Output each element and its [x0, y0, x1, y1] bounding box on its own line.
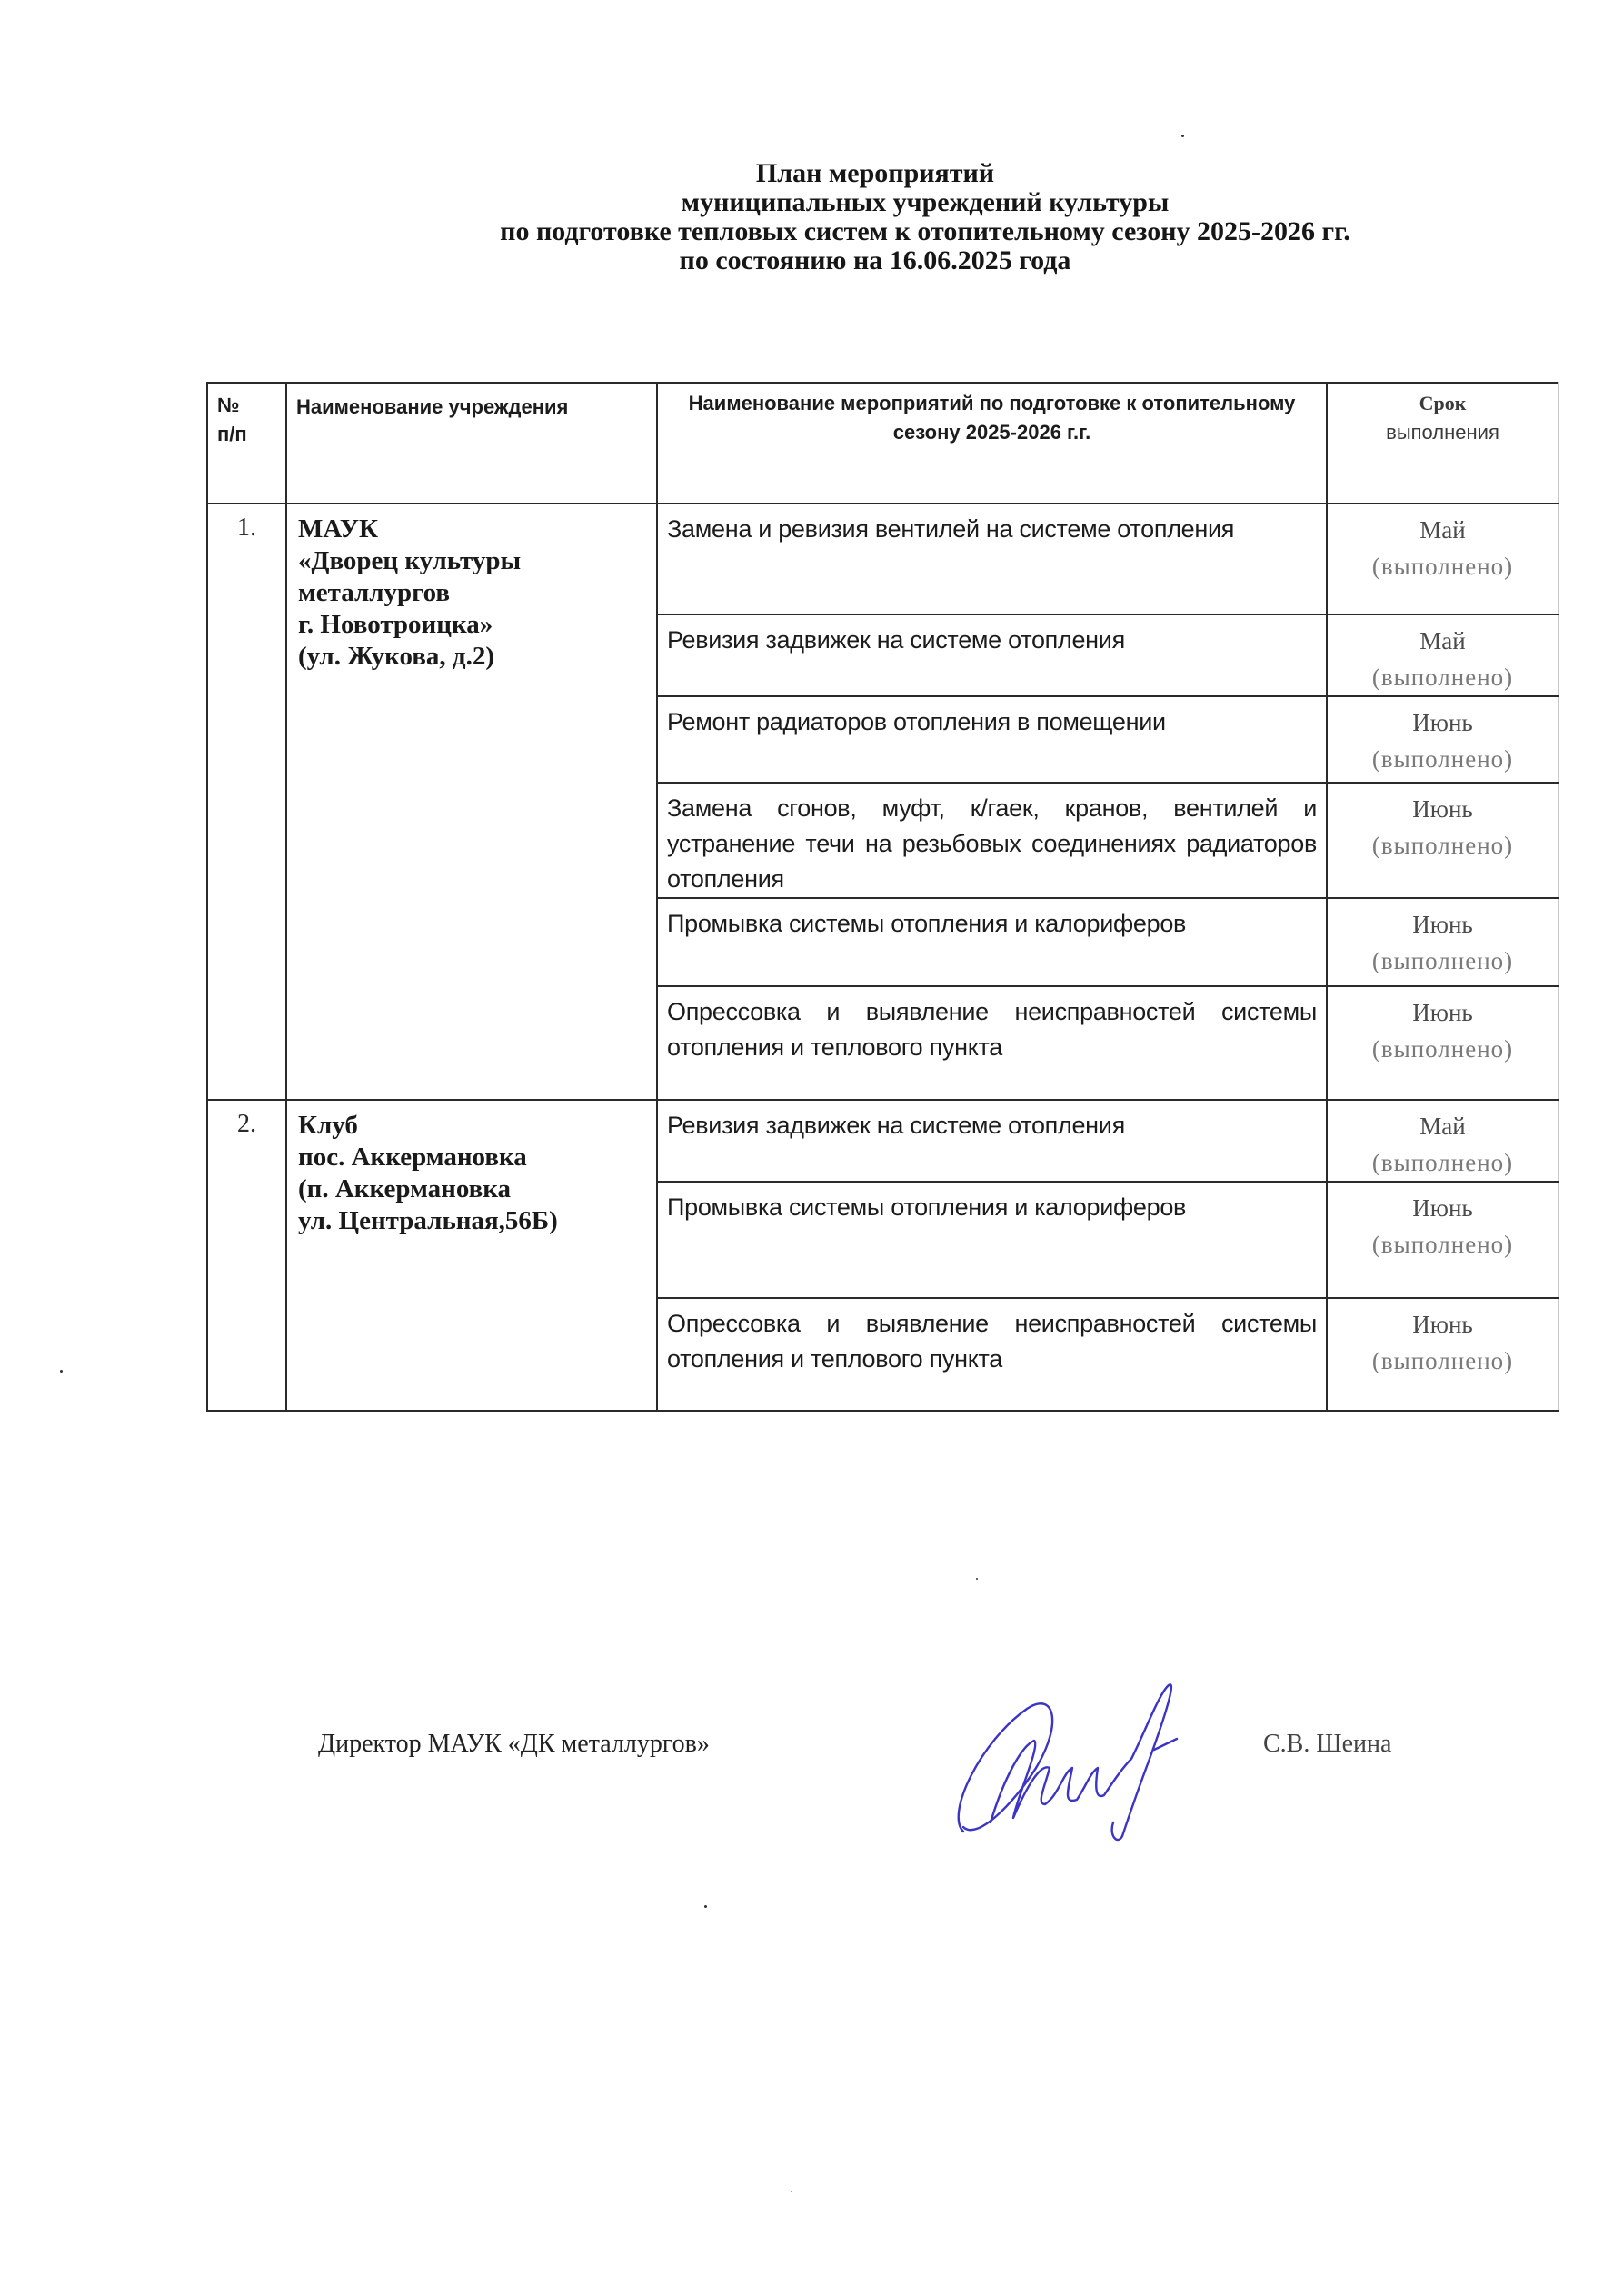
deadline-month: Июнь	[1328, 704, 1558, 741]
column-header-number: № п/п	[207, 383, 286, 504]
signatory-position: Директор МАУК «ДК металлургов»	[318, 1730, 710, 1759]
completion-status: (выполнено)	[1328, 548, 1558, 584]
handwritten-signature-icon	[927, 1668, 1218, 1850]
deadline-cell: Июнь(выполнено)	[1327, 783, 1558, 898]
institution-line: г. Новотроицка»	[298, 609, 645, 641]
deadline-month: Июнь	[1328, 906, 1558, 943]
deadline-cell: Май(выполнено)	[1327, 1100, 1558, 1182]
deadline-month: Июнь	[1328, 994, 1558, 1031]
institution-name: МАУК«Дворец культурыметаллурговг. Новотр…	[286, 504, 657, 1100]
institution-line: «Дворец культуры	[298, 545, 645, 577]
column-header-deadline-line2: выполнения	[1337, 418, 1548, 447]
column-header-number-line2: п/п	[217, 420, 276, 449]
title-line-1: План мероприятий	[0, 159, 1623, 188]
completion-status: (выполнено)	[1328, 943, 1558, 979]
deadline-month: Май	[1328, 1108, 1558, 1144]
activity-cell: Ремонт радиаторов отопления в помещении	[657, 696, 1327, 783]
deadline-cell: Май(выполнено)	[1327, 614, 1558, 696]
title-line-4: по состоянию на 16.06.2025 года	[0, 246, 1623, 275]
institution-line: (п. Аккермановка	[298, 1173, 645, 1205]
deadline-cell: Июнь(выполнено)	[1327, 696, 1558, 783]
activity-cell: Ревизия задвижек на системе отопления	[657, 614, 1327, 696]
completion-status: (выполнено)	[1328, 1144, 1558, 1181]
institution-line: металлургов	[298, 577, 645, 609]
completion-status: (выполнено)	[1328, 1343, 1558, 1379]
scan-speck	[60, 1370, 63, 1373]
plan-table: № п/п Наименование учреждения Наименован…	[206, 382, 1559, 1412]
deadline-cell: Июнь(выполнено)	[1327, 1182, 1558, 1298]
deadline-month: Июнь	[1328, 1190, 1558, 1226]
activity-cell: Опрессовка и выявление неисправностей си…	[657, 986, 1327, 1100]
institution-line: ул. Центральная,56Б)	[298, 1205, 645, 1237]
scan-speck	[791, 2191, 792, 2192]
document-title: План мероприятий муниципальных учреждени…	[0, 159, 1623, 275]
completion-status: (выполнено)	[1328, 1031, 1558, 1067]
institution-line: (ул. Жукова, д.2)	[298, 641, 645, 673]
activity-cell: Промывка системы отопления и калориферов	[657, 1182, 1327, 1298]
scan-speck	[704, 1905, 707, 1908]
column-header-activity: Наименование мероприятий по подготовке к…	[657, 383, 1327, 504]
completion-status: (выполнено)	[1328, 1226, 1558, 1263]
deadline-month: Май	[1328, 512, 1558, 548]
signatory-name: С.В. Шеина	[1263, 1730, 1391, 1759]
activity-cell: Замена сгонов, муфт, к/гаек, кранов, вен…	[657, 783, 1327, 898]
row-number: 1.	[207, 504, 286, 1100]
activity-cell: Замена и ревизия вентилей на системе ото…	[657, 504, 1327, 614]
table-header-row: № п/п Наименование учреждения Наименован…	[207, 383, 1558, 504]
institution-line: Клуб	[298, 1110, 645, 1142]
column-header-number-line1: №	[217, 391, 276, 420]
column-header-deadline: Срок выполнения	[1327, 383, 1558, 504]
deadline-cell: Май(выполнено)	[1327, 504, 1558, 614]
institution-line: пос. Аккермановка	[298, 1142, 645, 1173]
column-header-institution: Наименование учреждения	[286, 383, 657, 504]
deadline-month: Май	[1328, 623, 1558, 659]
deadline-cell: Июнь(выполнено)	[1327, 898, 1558, 986]
completion-status: (выполнено)	[1328, 827, 1558, 863]
table-row: 2.Клубпос. Аккермановка(п. Аккермановкау…	[207, 1100, 1558, 1182]
activity-cell: Ревизия задвижек на системе отопления	[657, 1100, 1327, 1182]
deadline-month: Июнь	[1328, 1306, 1558, 1343]
institution-line: МАУК	[298, 514, 645, 545]
deadline-cell: Июнь(выполнено)	[1327, 986, 1558, 1100]
table-row: 1.МАУК«Дворец культурыметаллурговг. Ново…	[207, 504, 1558, 614]
column-header-deadline-line1: Срок	[1337, 389, 1548, 418]
table-body: 1.МАУК«Дворец культурыметаллурговг. Ново…	[207, 504, 1558, 1411]
activity-cell: Опрессовка и выявление неисправностей си…	[657, 1298, 1327, 1411]
deadline-cell: Июнь(выполнено)	[1327, 1298, 1558, 1411]
row-number: 2.	[207, 1100, 286, 1411]
title-line-3: по подготовке тепловых систем к отопител…	[0, 217, 1623, 246]
activity-cell: Промывка системы отопления и калориферов	[657, 898, 1327, 986]
completion-status: (выполнено)	[1328, 741, 1558, 777]
institution-name: Клубпос. Аккермановка(п. Аккермановкаул.…	[286, 1100, 657, 1411]
scan-speck	[1181, 135, 1184, 137]
signature-block: Директор МАУК «ДК металлургов» С.В. Шеин…	[0, 1722, 1623, 1841]
scan-speck	[976, 1578, 978, 1580]
completion-status: (выполнено)	[1328, 659, 1558, 695]
title-line-2: муниципальных учреждений культуры	[0, 188, 1623, 217]
deadline-month: Июнь	[1328, 791, 1558, 827]
